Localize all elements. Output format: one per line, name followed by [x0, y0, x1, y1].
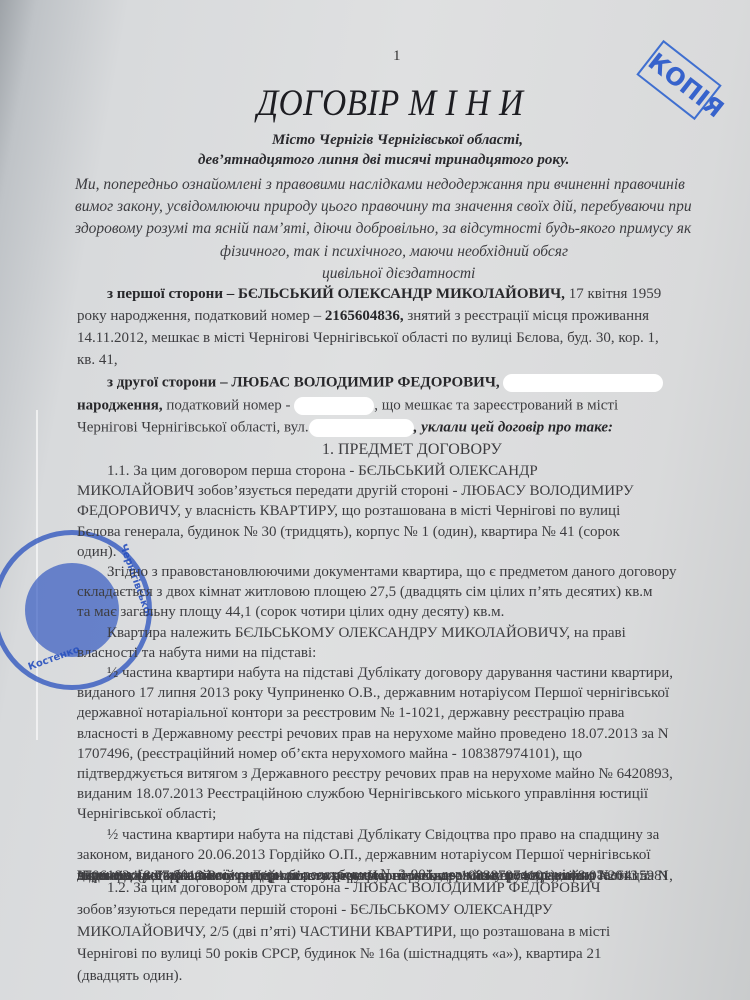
- intro-line: Ми, попередньо ознайомлені з правовими н…: [75, 176, 685, 194]
- contract-line: виданого 17 липня 2013 року Чуприненко О…: [77, 685, 669, 702]
- contract-line: підтверджується витягом з Державного реє…: [77, 766, 673, 783]
- contract-line: та має загальну площу 44,1 (сорок чотири…: [77, 604, 504, 621]
- party2-line: Чернігові Чернігівської області, вул., у…: [77, 419, 613, 437]
- page-number: 1: [393, 48, 401, 65]
- redaction-tax-number: [294, 397, 374, 415]
- contract-line: ФЕДОРОВИЧУ, у власність КВАРТИРУ, що роз…: [77, 503, 620, 520]
- intro-line: здоровому розумі та ясній пам’яті, діючи…: [75, 220, 691, 238]
- section-heading: 1. ПРЕДМЕТ ДОГОВОРУ: [322, 441, 502, 459]
- party2-line: з другої сторони – ЛЮБАС ВОЛОДИМИР ФЕДОР…: [107, 374, 663, 392]
- contract-line: 1.2. За цим договором друга сторона - ЛЮ…: [107, 880, 601, 897]
- date: дев’ятнадцятого липня дві тисячі тринадц…: [198, 152, 569, 169]
- intro-line: фізичного, так і психічного, маючи необх…: [220, 243, 568, 261]
- intro-line: цивільної дієздатності: [322, 265, 475, 283]
- contract-line: зобов’язуються передати першій стороні -…: [77, 902, 553, 919]
- redaction-birthdate: [503, 374, 663, 392]
- party2-line: народження, податковий номер - , що мешк…: [77, 397, 618, 415]
- contract-line: власності та набута ними на підставі:: [77, 645, 316, 662]
- party1-line: 14.11.2012, мешкає в місті Чернігові Чер…: [77, 330, 659, 347]
- copy-stamp-icon: КОПІЯ: [636, 40, 721, 120]
- party2-name: ЛЮБАС ВОЛОДИМИР ФЕДОРОВИЧ,: [231, 374, 499, 390]
- contract-line: МИКОЛАЙОВИЧУ, 2/5 (дві п’яті) ЧАСТИНИ КВ…: [77, 924, 610, 941]
- contract-line: Згідно з правовстановлюючими документами…: [107, 564, 677, 581]
- redaction-street: [309, 419, 414, 437]
- contract-line: державної нотаріальної контори за реєстр…: [77, 705, 624, 722]
- contract-line: Чернігівської області;: [77, 806, 216, 823]
- contract-line: законом, виданого 20.06.2013 Гордійко О.…: [77, 847, 651, 864]
- contract-line: Бєлова генерала, будинок № 30 (тридцять)…: [77, 524, 620, 541]
- party1-name: БЄЛЬСЬКИЙ ОЛЕКСАНДР МИКОЛАЙОВИЧ,: [238, 286, 565, 302]
- document-page: Костенко Чернігівської КОПІЯ 1 ДОГОВІР М…: [0, 0, 750, 1000]
- intro-line: вимог закону, усвідомлюючи природу цього…: [75, 198, 692, 216]
- place: Місто Чернігів Чернігівської області,: [272, 132, 523, 149]
- party1-tax-number: 2165604836,: [325, 308, 404, 324]
- contract-line: один).: [77, 544, 117, 561]
- contract-line: ½ частина квартири набута на підставі Ду…: [107, 827, 659, 844]
- contract-line: Квартира належить БЄЛЬСЬКОМУ ОЛЕКСАНДРУ …: [107, 625, 626, 642]
- contract-line: 1.1. За цим договором перша сторона - БЄ…: [107, 463, 538, 480]
- contract-line: (двадцять один).: [77, 968, 182, 985]
- contract-line: виданим 18.07.2013 Реєстраційною службою…: [77, 786, 648, 803]
- party1-line: кв. 41,: [77, 352, 118, 369]
- contract-line: Чернігові по вулиці 50 років СРСР, будин…: [77, 946, 601, 963]
- contract-line: власності в Державному реєстрі речових п…: [77, 726, 669, 743]
- contract-line: ½ частина квартири набута на підставі Ду…: [107, 665, 673, 682]
- document-title: ДОГОВІР М І Н И: [257, 82, 524, 125]
- contract-line: МИКОЛАЙОВИЧ зобов’язується передати друг…: [77, 483, 634, 500]
- party1-line: року народження, податковий номер – 2165…: [77, 308, 649, 325]
- contract-line: 1707496, (реєстраційний номер об’єкта не…: [77, 746, 582, 763]
- party1-line: з першої сторони – БЄЛЬСЬКИЙ ОЛЕКСАНДР М…: [107, 286, 661, 303]
- contract-line: складається з двох кімнат житловою площе…: [77, 584, 653, 601]
